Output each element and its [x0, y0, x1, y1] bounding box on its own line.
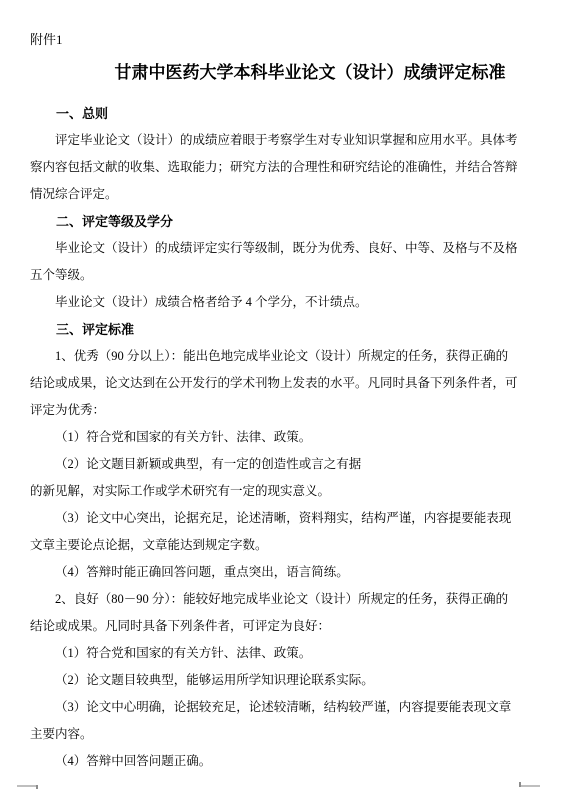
text-boundary-mark-left — [17, 785, 38, 787]
text-boundary-mark-right — [519, 785, 540, 787]
paragraph: 毕业论文（设计）的成绩评定实行等级制，既分为优秀、良好、中等、及格与不及格五个等… — [30, 235, 520, 289]
paragraph-excellent-item-1: （1）符合党和国家的有关方针、法律、政策。 — [30, 424, 520, 451]
paragraph-excellent-item-3: （3）论文中心突出，论据充足，论述清晰，资料翔实，结构严谨，内容提要能表现文章主… — [30, 505, 520, 559]
document-body: 一、总则 评定毕业论文（设计）的成绩应着眼于考察学生对专业知识掌握和应用水平。具… — [30, 100, 520, 775]
paragraph: 评定毕业论文（设计）的成绩应着眼于考察学生对专业知识掌握和应用水平。具体考察内容… — [30, 127, 520, 208]
paragraph-good-item-4: （4）答辩中回答问题正确。 — [30, 748, 520, 775]
paragraph: 毕业论文（设计）成绩合格者给予 4 个学分，不计绩点。 — [30, 289, 520, 316]
paragraph-excellent-item-2-continuation: 的新见解，对实际工作或学术研究有一定的现实意义。 — [30, 478, 520, 505]
attachment-label: 附件1 — [30, 30, 520, 50]
section-heading-grades-credits: 二、评定等级及学分 — [30, 208, 520, 235]
document-title: 甘肃中医药大学本科毕业论文（设计）成绩评定标准 — [100, 58, 520, 88]
paragraph-excellent-item-4: （4）答辩时能正确回答问题，重点突出，语言简练。 — [30, 559, 520, 586]
paragraph-good-item-1: （1）符合党和国家的有关方针、法律、政策。 — [30, 640, 520, 667]
paragraph-excellent-intro: 1、优秀（90 分以上）：能出色地完成毕业论文（设计）所规定的任务，获得正确的结… — [30, 343, 520, 424]
paragraph-good-intro: 2、良好（80－90 分）：能较好地完成毕业论文（设计）所规定的任务，获得正确的… — [30, 586, 520, 640]
document-page: 附件1 甘肃中医药大学本科毕业论文（设计）成绩评定标准 一、总则 评定毕业论文（… — [0, 0, 566, 775]
paragraph-good-item-3: （3）论文中心明确，论据较充足，论述较清晰，结构较严谨，内容提要能表现文章主要内… — [30, 694, 520, 748]
paragraph-good-item-2: （2）论文题目较典型，能够运用所学知识理论联系实际。 — [30, 667, 520, 694]
section-heading-general: 一、总则 — [30, 100, 520, 127]
section-heading-criteria: 三、评定标准 — [30, 316, 520, 343]
paragraph-excellent-item-2: （2）论文题目新颖或典型，有一定的创造性或言之有据 — [30, 451, 520, 478]
